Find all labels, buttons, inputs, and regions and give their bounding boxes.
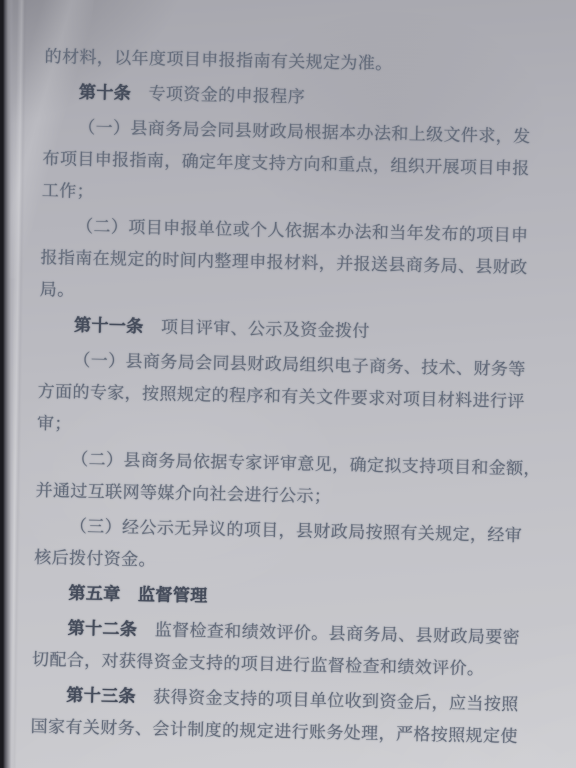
body-text: 局。 xyxy=(40,280,75,300)
body-text: 布项目申报指南，确定年度支持方向和重点，组织开展项目申报 xyxy=(42,149,529,178)
heading-term: 第十二条 xyxy=(68,619,138,639)
body-text: 报指南在规定的时间内整理申报材料，并报送县商务局、县财政 xyxy=(40,248,527,277)
body-text: 工作； xyxy=(42,181,95,201)
heading-term: 第十一条 xyxy=(74,316,144,336)
body-text: 获得资金支持的项目单位收到资金后，应当按照 xyxy=(136,687,519,714)
heading-term: 第五章 xyxy=(68,584,121,604)
body-text: 切配合，对获得资金支持的项目进行监督检查和绩效评价。 xyxy=(32,650,485,678)
body-text: 国家有关财务、会计制度的规定进行账务处理，严格按照规定使 xyxy=(30,717,517,746)
body-text: 核后拨付资金。 xyxy=(34,548,156,570)
body-text: 方面的专家，按照规定的程序和有关文件要求对项目材料进行评 xyxy=(37,382,524,411)
body-text: 监督检查和绩效评价。县商务局、县财政局要密 xyxy=(137,620,520,647)
body-text: 专项资金的申报程序 xyxy=(131,84,305,107)
body-text: 并通过互联网等媒介向社会进行公示； xyxy=(35,481,331,506)
body-text: （一）县商务局会同县财政局根据本办法和上级文件求，发 xyxy=(78,118,531,146)
page-left-edge-shadow xyxy=(0,0,14,768)
body-text: （三）经公示无异议的项目，县财政局按照有关规定，经审 xyxy=(70,517,523,545)
body-text: （二）县商务局依据专家评审意见，确定拟支持项目和金额， xyxy=(71,450,541,479)
body-text: 项目评审、公示及资金拨付 xyxy=(143,317,370,341)
heading-term: 第十三条 xyxy=(66,686,136,706)
heading-term: 第十条 xyxy=(79,83,132,103)
body-text: （二）项目申报单位或个人依据本办法和当年发布的项目申 xyxy=(76,217,529,245)
body-text: 的材料，以年度项目申报指南有关规定为准。 xyxy=(44,47,392,73)
document-text-block: 的材料，以年度项目申报指南有关规定为准。第十条 专项资金的申报程序（一）县商务局… xyxy=(30,41,551,753)
body-text: （一）县商务局会同县财政局组织电子商务、技术、财务等 xyxy=(73,351,526,379)
body-text: 审； xyxy=(37,414,72,434)
photographed-document-page: 的材料，以年度项目申报指南有关规定为准。第十条 专项资金的申报程序（一）县商务局… xyxy=(0,0,576,768)
heading-term: 监督管理 xyxy=(120,585,207,606)
